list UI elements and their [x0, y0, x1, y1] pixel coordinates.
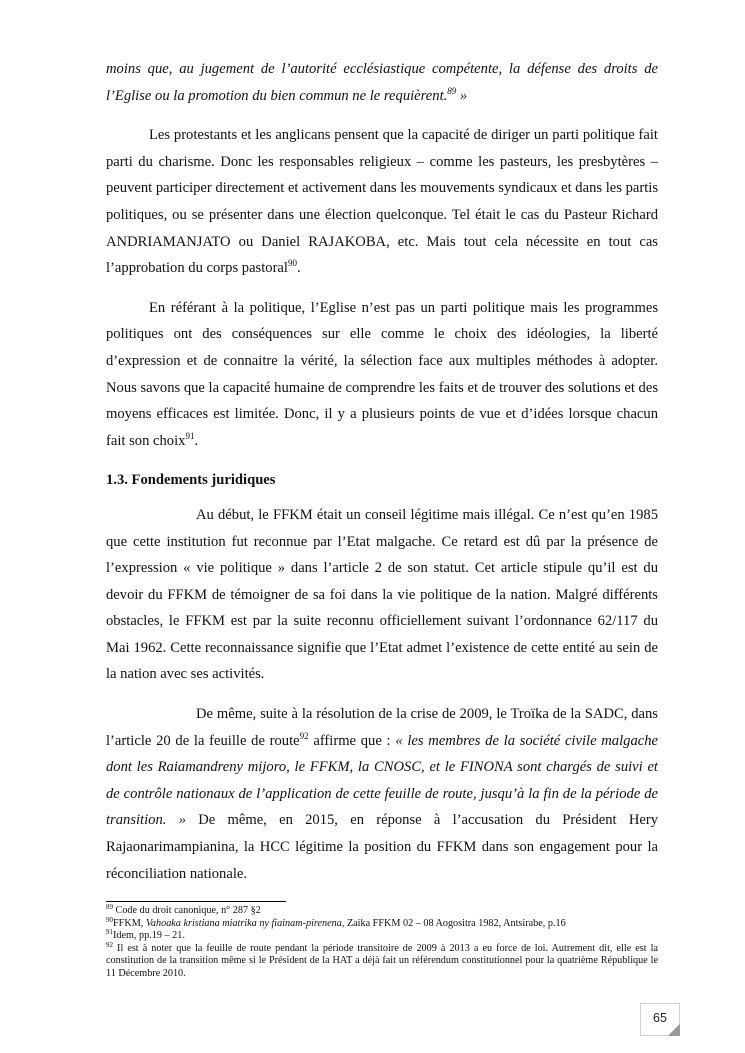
- quote-continuation: moins que, au jugement de l’autorité ecc…: [106, 56, 658, 109]
- footnotes: 89 Code du droit canonique, n° 287 §2 90…: [106, 905, 658, 981]
- footnote-text: Idem, pp.19 – 21.: [113, 930, 185, 941]
- footnote-ref-89[interactable]: 89: [447, 86, 456, 96]
- paragraph-text: De même, en 2015, en réponse à l’accusat…: [106, 812, 658, 881]
- footnote-text: FFKM,: [113, 918, 146, 929]
- paragraph-debut: Au début, le FFKM était un conseil légit…: [106, 502, 658, 688]
- paragraph-tail: .: [297, 260, 301, 276]
- footnote-number: 89: [106, 903, 113, 911]
- footnote-number: 91: [106, 928, 113, 936]
- paragraph-text: affirme que :: [309, 733, 396, 749]
- footnote-text: Code du droit canonique, n° 287 §2: [113, 905, 261, 916]
- paragraph-text: Les protestants et les anglicans pensent…: [106, 127, 658, 276]
- quote-close: »: [456, 88, 467, 104]
- paragraph-protestants: Les protestants et les anglicans pensent…: [106, 122, 658, 282]
- footnote-number: 92: [106, 941, 113, 949]
- page-curl-icon: [668, 1024, 680, 1036]
- footnote-text: Zaika FFKM 02 – 08 Aogositra 1982, Antsi…: [344, 918, 565, 929]
- footnote-92: 92 Il est à noter que la feuille de rout…: [106, 943, 658, 981]
- document-page: moins que, au jugement de l’autorité ecc…: [106, 56, 658, 900]
- page-number-box: 65: [640, 1003, 680, 1036]
- paragraph-politique: En référant à la politique, l’Eglise n’e…: [106, 295, 658, 455]
- footnote-91: 91Idem, pp.19 – 21.: [106, 930, 658, 943]
- page-number: 65: [653, 1011, 667, 1025]
- footnote-90: 90FFKM, Vahoaka kristiana miatrika ny fi…: [106, 918, 658, 931]
- paragraph-tail: .: [194, 433, 198, 449]
- footnote-ref-90[interactable]: 90: [288, 258, 297, 268]
- footnote-text: Il est à noter que la feuille de route p…: [106, 943, 658, 979]
- footnote-number: 90: [106, 916, 113, 924]
- paragraph-sadc: De même, suite à la résolution de la cri…: [106, 701, 658, 887]
- footnote-89: 89 Code du droit canonique, n° 287 §2: [106, 905, 658, 918]
- footnote-ref-92[interactable]: 92: [300, 731, 309, 741]
- footnote-title: Vahoaka kristiana miatrika ny fiainam-pi…: [146, 918, 345, 929]
- quote-text: moins que, au jugement de l’autorité ecc…: [106, 61, 658, 104]
- footnote-separator: [106, 901, 286, 902]
- section-heading: 1.3. Fondements juridiques: [106, 467, 658, 494]
- paragraph-text: En référant à la politique, l’Eglise n’e…: [106, 300, 658, 449]
